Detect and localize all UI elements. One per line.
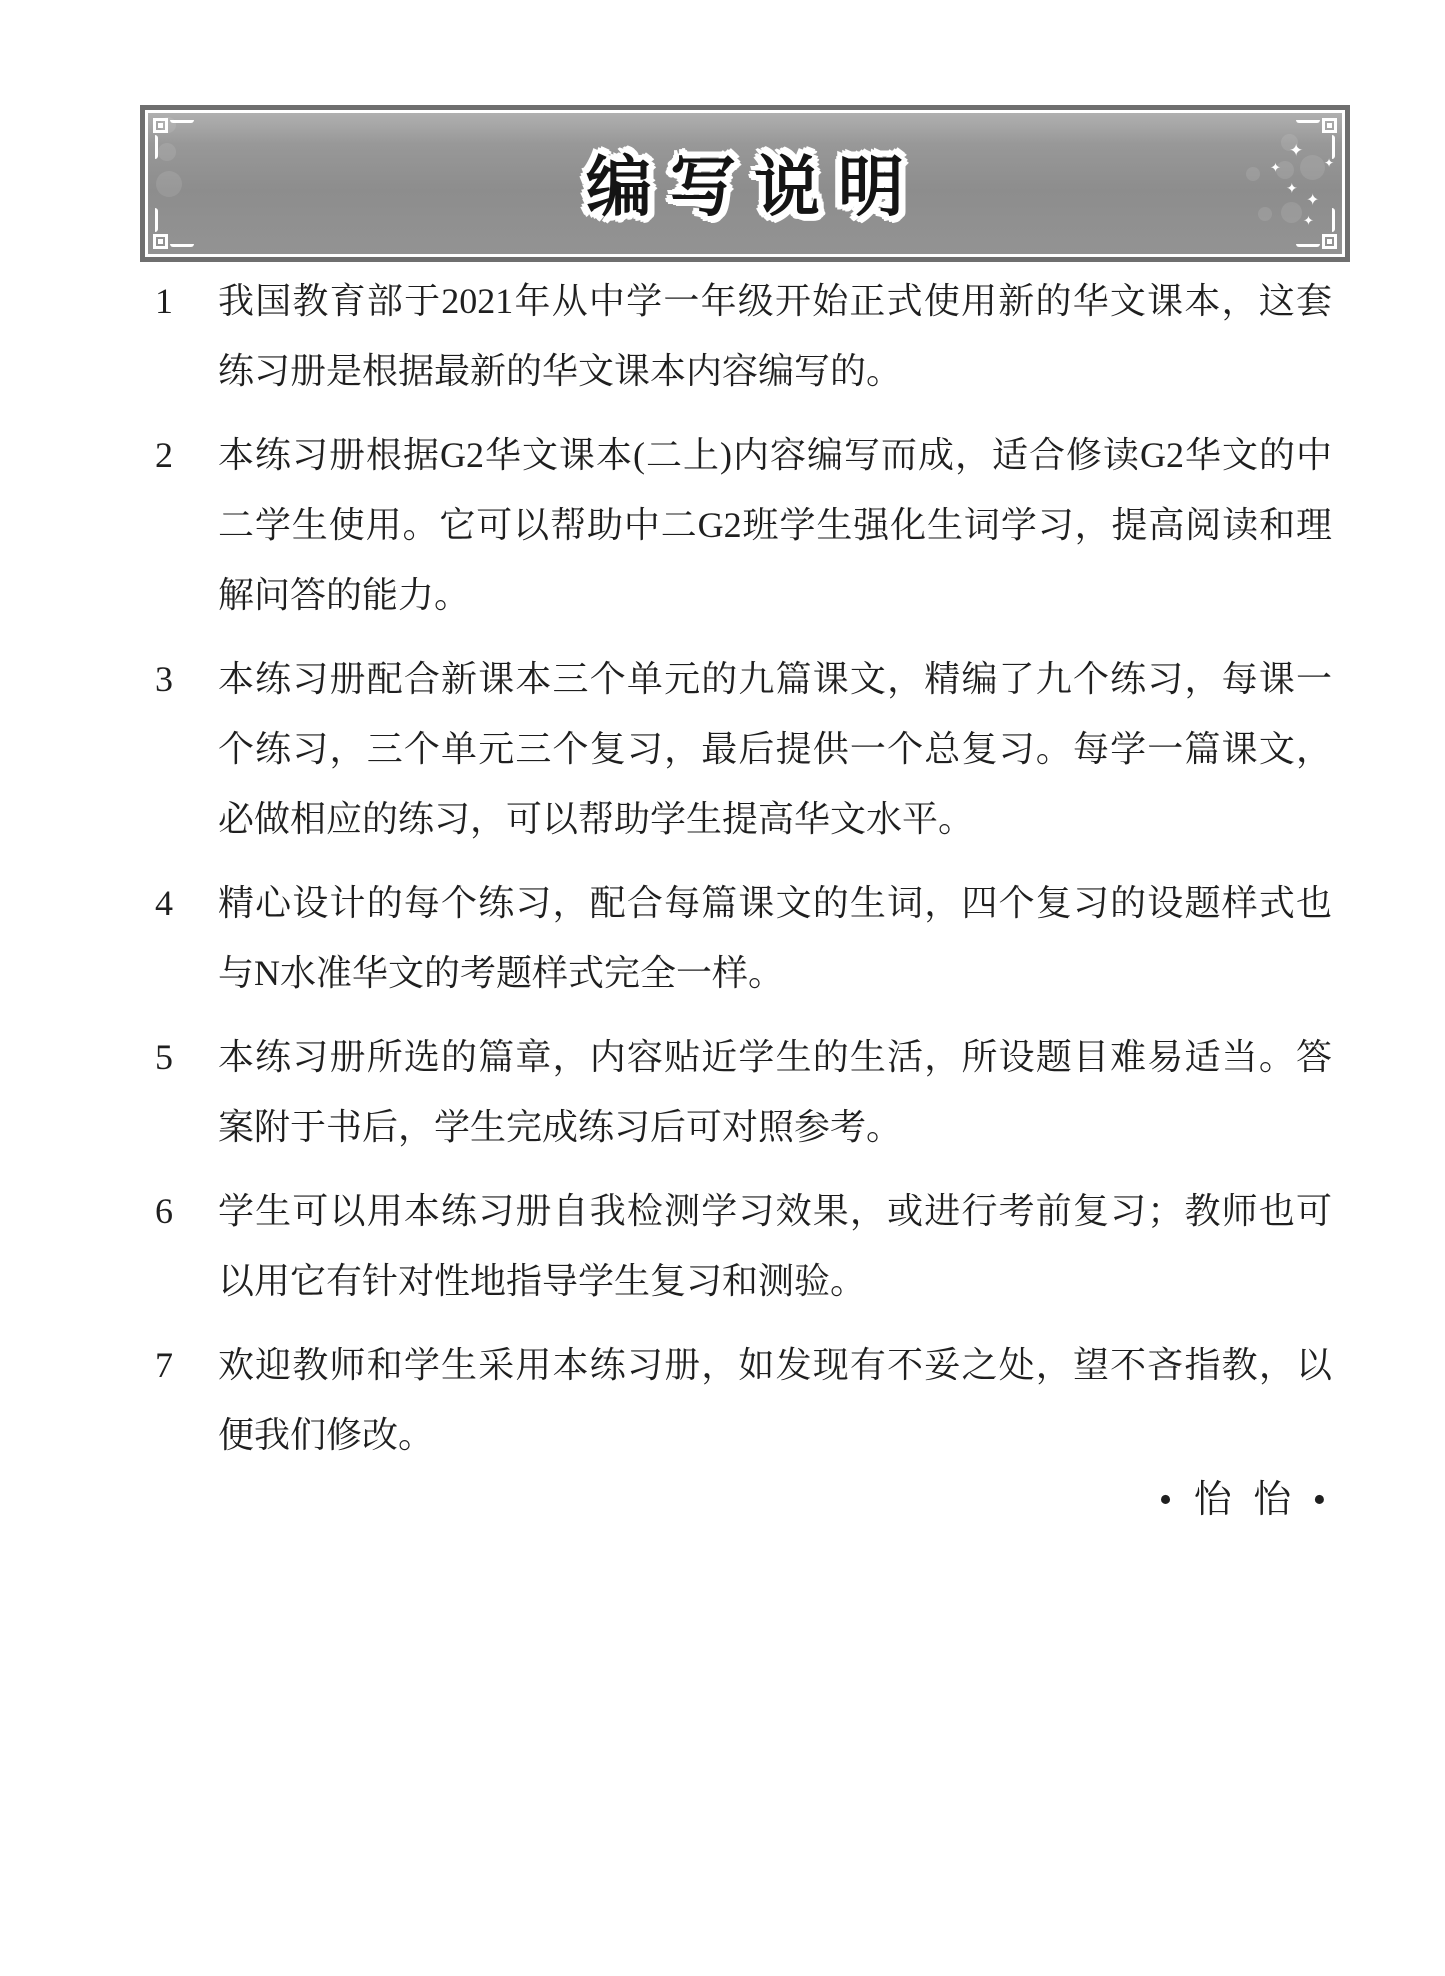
bokeh-dot <box>1300 155 1325 180</box>
corner-box-icon <box>1322 234 1337 249</box>
note-number: 2 <box>155 420 218 630</box>
sparkle-icon: ✦ <box>1286 182 1298 196</box>
note-line: 精心设计的每个练习，配合每篇课文的生词，四个复习的设题样式也 <box>218 868 1332 938</box>
corner-line <box>1332 208 1335 232</box>
note-line: 以用它有针对性地指导学生复习和测验。 <box>218 1246 1332 1316</box>
note-number: 4 <box>155 868 218 1008</box>
note-text: 学生可以用本练习册自我检测学习效果，或进行考前复习；教师也可 以用它有针对性地指… <box>218 1176 1332 1316</box>
list-item: 3 本练习册配合新课本三个单元的九篇课文，精编了九个练习，每课一 个练习，三个单… <box>155 644 1332 854</box>
list-item: 5 本练习册所选的篇章，内容贴近学生的生活，所设题目难易适当。答 案附于书后，学… <box>155 1022 1332 1162</box>
corner-line <box>155 135 158 159</box>
note-line: 本练习册根据G2华文课本(二上)内容编写而成，适合修读G2华文的中 <box>218 420 1332 490</box>
bokeh-dot <box>1258 207 1272 221</box>
note-line: 便我们修改。 <box>218 1400 1332 1470</box>
bokeh-dot <box>1281 202 1302 223</box>
note-line: 必做相应的练习，可以帮助学生提高华文水平。 <box>218 784 1332 854</box>
note-line: 本练习册配合新课本三个单元的九篇课文，精编了九个练习，每课一 <box>218 644 1332 714</box>
note-line: 案附于书后，学生完成练习后可对照参考。 <box>218 1092 1332 1162</box>
sparkle-icon: ✦ <box>1303 215 1314 228</box>
title-banner-panel: ✦ ✦ ✦ ✦ ✦ ✦ 编写说明 <box>148 113 1342 254</box>
note-text: 本练习册所选的篇章，内容贴近学生的生活，所设题目难易适当。答 案附于书后，学生完… <box>218 1022 1332 1162</box>
note-line: 学生可以用本练习册自我检测学习效果，或进行考前复习；教师也可 <box>218 1176 1332 1246</box>
corner-line <box>1296 244 1320 247</box>
bokeh-dot <box>158 143 176 161</box>
bokeh-dot <box>160 117 176 133</box>
note-text: 精心设计的每个练习，配合每篇课文的生词，四个复习的设题样式也 与N水准华文的考题… <box>218 868 1332 1008</box>
sparkle-icon: ✦ <box>1289 143 1303 160</box>
corner-line <box>155 208 158 232</box>
frame-corner-icon <box>150 206 196 252</box>
note-line: 与N水准华文的考题样式完全一样。 <box>218 938 1332 1008</box>
note-text: 欢迎教师和学生采用本练习册，如发现有不妥之处，望不吝指教，以 便我们修改。 <box>218 1330 1332 1470</box>
note-number: 3 <box>155 644 218 854</box>
note-line: 练习册是根据最新的华文课本内容编写的。 <box>218 336 1332 406</box>
bokeh-dot <box>1246 167 1260 181</box>
note-number: 6 <box>155 1176 218 1316</box>
note-line: 个练习，三个单元三个复习，最后提供一个总复习。每学一篇课文， <box>218 714 1332 784</box>
list-item: 6 学生可以用本练习册自我检测学习效果，或进行考前复习；教师也可 以用它有针对性… <box>155 1176 1332 1316</box>
corner-line <box>1296 120 1320 123</box>
note-text: 本练习册配合新课本三个单元的九篇课文，精编了九个练习，每课一 个练习，三个单元三… <box>218 644 1332 854</box>
bokeh-dot <box>156 171 182 197</box>
notes-list: 1 我国教育部于2021年从中学一年级开始正式使用新的华文课本，这套 练习册是根… <box>155 266 1332 1484</box>
note-number: 5 <box>155 1022 218 1162</box>
list-item: 7 欢迎教师和学生采用本练习册，如发现有不妥之处，望不吝指教，以 便我们修改。 <box>155 1330 1332 1470</box>
corner-box-icon <box>1322 118 1337 133</box>
sparkle-icon: ✦ <box>1306 192 1319 208</box>
sparkle-icon: ✦ <box>1270 162 1281 175</box>
note-line: 我国教育部于2021年从中学一年级开始正式使用新的华文课本，这套 <box>218 266 1332 336</box>
sparkle-icon: ✦ <box>1324 157 1334 169</box>
author-signature: • 怡 怡 • <box>1159 1462 1332 1538</box>
preface-page: { "banner": { "title": "编写说明", "sparkle_… <box>0 0 1445 1976</box>
page-title: 编写说明 <box>568 133 922 228</box>
list-item: 4 精心设计的每个练习，配合每篇课文的生词，四个复习的设题样式也 与N水准华文的… <box>155 868 1332 1008</box>
corner-line <box>170 244 194 247</box>
note-number: 1 <box>155 266 218 406</box>
note-text: 本练习册根据G2华文课本(二上)内容编写而成，适合修读G2华文的中 二学生使用。… <box>218 420 1332 630</box>
list-item: 2 本练习册根据G2华文课本(二上)内容编写而成，适合修读G2华文的中 二学生使… <box>155 420 1332 630</box>
note-line: 二学生使用。它可以帮助中二G2班学生强化生词学习，提高阅读和理 <box>218 490 1332 560</box>
title-banner: ✦ ✦ ✦ ✦ ✦ ✦ 编写说明 <box>140 105 1350 262</box>
corner-box-icon <box>153 234 168 249</box>
note-text: 我国教育部于2021年从中学一年级开始正式使用新的华文课本，这套 练习册是根据最… <box>218 266 1332 406</box>
note-number: 7 <box>155 1330 218 1470</box>
note-line: 欢迎教师和学生采用本练习册，如发现有不妥之处，望不吝指教，以 <box>218 1330 1332 1400</box>
list-item: 1 我国教育部于2021年从中学一年级开始正式使用新的华文课本，这套 练习册是根… <box>155 266 1332 406</box>
note-line: 本练习册所选的篇章，内容贴近学生的生活，所设题目难易适当。答 <box>218 1022 1332 1092</box>
note-line: 解问答的能力。 <box>218 560 1332 630</box>
